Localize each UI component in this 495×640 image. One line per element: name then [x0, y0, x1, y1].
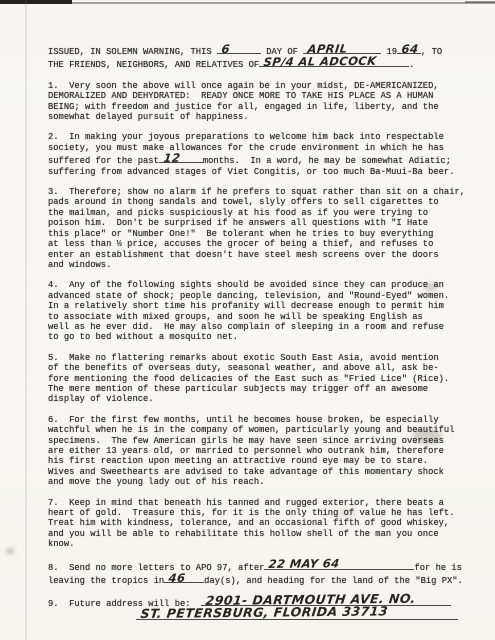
typed-text: poison him. Don't be surprised if he ans…: [48, 218, 428, 228]
document-line: THE FRIENDS, NEIGHBORS, AND RELATIVES OF…: [48, 57, 467, 70]
typed-text: heart of gold. Treasure this, for it is …: [48, 508, 454, 518]
handwritten-entry: SP/4 AL ADCOCK: [263, 56, 377, 68]
document-line: well as he ever did. He may also complai…: [48, 322, 467, 332]
typed-text: DEMORALIZED AND DEHYDRATED: READY ONCE M…: [48, 91, 433, 101]
typed-text: 8. Send no more letters to APO 97, after: [48, 563, 264, 573]
document-line: and windows.: [48, 260, 467, 270]
paragraph-5: 5. Make no flattering remarks about exot…: [48, 353, 467, 405]
document-line: ST. PETERSBURG, FLORIDA 33713: [48, 610, 467, 623]
typed-text: to associate with mixed groups, and soon…: [48, 312, 423, 322]
typed-text: are either 13 years old, or married to p…: [48, 446, 444, 456]
document-line: suffered for the past12months. In a word…: [48, 153, 467, 166]
typed-text: 2. In making your joyous preparations to…: [48, 132, 444, 142]
document-line: pads around in thong sandals and towel, …: [48, 197, 467, 207]
document-line: of the benefits of overseas duty, season…: [48, 363, 467, 373]
typed-text: society, you must make allowances for th…: [48, 143, 444, 153]
form-blank: ST. PETERSBURG, FLORIDA 33713: [136, 610, 458, 620]
typed-text: In a relatively short time his profanity…: [48, 301, 444, 311]
issue-warning-header: ISSUED, IN SOLEMN WARNING, THIS 6 DAY OF…: [48, 44, 467, 71]
typed-text: watchful when he is in the company of wo…: [48, 425, 454, 435]
document-line: the mailman, and picks suspiciously at h…: [48, 208, 467, 218]
typed-text: the mailman, and picks suspiciously at h…: [48, 208, 428, 218]
handwritten-entry: 12: [163, 153, 181, 164]
document-line: Wives and Sweethearts are advised to tak…: [48, 467, 467, 477]
typed-text: to go to bed without a mosquito net.: [48, 332, 238, 342]
typed-text: well as he ever did. He may also complai…: [48, 322, 444, 332]
form-blank: 46: [164, 573, 204, 583]
typed-text: ISSUED, IN SOLEMN WARNING, THIS: [48, 47, 217, 57]
typed-text: his first reaction upon meeting an attra…: [48, 456, 428, 466]
typed-text: somewhat delayed pursuit of happiness.: [48, 112, 249, 122]
document-line: 4. Any of the following sights should be…: [48, 280, 467, 290]
document-line: enter an establishment that doesn't have…: [48, 250, 467, 260]
document-line: Treat him with kindness, tolerance, and …: [48, 518, 467, 528]
typed-text: Wives and Sweethearts are advised to tak…: [48, 467, 444, 477]
typed-text: 6. For the first few months, until he be…: [48, 415, 439, 425]
document-line: The mere mention of these particular sub…: [48, 384, 467, 394]
typed-text: display of violence.: [48, 394, 154, 404]
typed-text: suffered for the past: [48, 156, 159, 166]
typed-text: 4. Any of the following sights should be…: [48, 280, 444, 290]
document-line: specimens. The few American girls he may…: [48, 436, 467, 446]
scan-edge-top: [0, 2, 495, 4]
typed-text: Treat him with kindness, tolerance, and …: [48, 518, 449, 528]
typed-text: for he is: [414, 563, 462, 573]
document-line: his first reaction upon meeting an attra…: [48, 456, 467, 466]
typed-text: at less than ½ price, accuses the grocer…: [48, 239, 433, 249]
handwritten-entry: 46: [168, 572, 186, 583]
form-blank: SP/4 AL ADCOCK: [259, 57, 409, 67]
typed-text: advanced state of shock; people dancing,…: [48, 291, 449, 301]
document-line: fore mentioning the food delicacies of t…: [48, 374, 467, 384]
typed-text: 3. Therefore; show no alarm if he prefer…: [48, 187, 465, 197]
form-blank: 22 MAY 64: [264, 560, 414, 570]
document-line: and you will be able to rehabilitate thi…: [48, 529, 467, 539]
typed-text: and windows.: [48, 260, 111, 270]
document-content: ISSUED, IN SOLEMN WARNING, THIS 6 DAY OF…: [48, 44, 467, 633]
paragraph-3: 3. Therefore; show no alarm if he prefer…: [48, 187, 467, 270]
form-blank: APRIL: [303, 44, 381, 54]
document-line: 3. Therefore; show no alarm if he prefer…: [48, 187, 467, 197]
typed-text: .: [409, 60, 414, 70]
handwritten-entry: 6: [221, 44, 231, 54]
typed-text: 19: [381, 47, 397, 57]
paper-fold-line: [25, 0, 27, 640]
handwritten-entry: APRIL: [307, 43, 348, 54]
document-line: 1. Very soon the above will once again b…: [48, 81, 467, 91]
paragraph-2: 2. In making your joyous preparations to…: [48, 132, 467, 177]
typed-text: months. In a word, he may be somewhat Ad…: [203, 156, 451, 166]
typed-text: and move the young lady out of his reach…: [48, 477, 264, 487]
typed-text: this place" or "Number One!" Be tolerant…: [48, 229, 433, 239]
typed-text: fore mentioning the food delicacies of t…: [48, 374, 449, 384]
paragraph-7: 7. Keep in mind that beneath his tanned …: [48, 498, 467, 550]
document-line: at less than ½ price, accuses the grocer…: [48, 239, 467, 249]
paragraph-9: 9. Future address will be: 2901- DARTMOU…: [48, 596, 467, 623]
typed-text: 5. Make no flattering remarks about exot…: [48, 353, 439, 363]
scan-smudge: [6, 548, 14, 554]
paragraph-8: 8. Send no more letters to APO 97, after…: [48, 560, 467, 587]
document-line: ISSUED, IN SOLEMN WARNING, THIS 6 DAY OF…: [48, 44, 467, 57]
document-line: to go to bed without a mosquito net.: [48, 332, 467, 342]
document-line: to associate with mixed groups, and soon…: [48, 312, 467, 322]
typed-text: BEING; with freedom and justice for all,…: [48, 102, 439, 112]
form-blank: 6: [217, 44, 261, 54]
typed-text: The mere mention of these particular sub…: [48, 384, 428, 394]
handwritten-entry: ST. PETERSBURG, FLORIDA 33713: [140, 607, 388, 620]
typed-text: day(s), and heading for the land of the …: [204, 576, 463, 586]
document-page: ISSUED, IN SOLEMN WARNING, THIS 6 DAY OF…: [0, 0, 495, 640]
document-line: know.: [48, 539, 467, 549]
handwritten-entry: 64: [401, 43, 419, 54]
document-line: 8. Send no more letters to APO 97, after…: [48, 560, 467, 573]
paragraph-1: 1. Very soon the above will once again b…: [48, 81, 467, 123]
document-line: are either 13 years old, or married to p…: [48, 446, 467, 456]
typed-text: of the benefits of overseas duty, season…: [48, 363, 439, 373]
typed-text: 7. Keep in mind that beneath his tanned …: [48, 498, 444, 508]
document-line: 6. For the first few months, until he be…: [48, 415, 467, 425]
typed-text: leaving the tropics in: [48, 576, 164, 586]
document-line: heart of gold. Treasure this, for it is …: [48, 508, 467, 518]
typed-text: , TO: [421, 47, 442, 57]
document-line: society, you must make allowances for th…: [48, 143, 467, 153]
form-blank: 64: [397, 44, 421, 54]
document-line: suffering from advanced stages of Viet C…: [48, 167, 467, 177]
typed-text: enter an establishment that doesn't have…: [48, 250, 439, 260]
document-line: poison him. Don't be surprised if he ans…: [48, 218, 467, 228]
typed-text: 1. Very soon the above will once again b…: [48, 81, 439, 91]
document-line: In a relatively short time his profanity…: [48, 301, 467, 311]
paragraph-4: 4. Any of the following sights should be…: [48, 280, 467, 342]
document-line: BEING; with freedom and justice for all,…: [48, 102, 467, 112]
typed-text: specimens. The few American girls he may…: [48, 436, 444, 446]
paragraph-6: 6. For the first few months, until he be…: [48, 415, 467, 488]
document-line: advanced state of shock; people dancing,…: [48, 291, 467, 301]
document-line: and move the young lady out of his reach…: [48, 477, 467, 487]
typed-text: THE FRIENDS, NEIGHBORS, AND RELATIVES OF: [48, 60, 259, 70]
handwritten-entry: 22 MAY 64: [268, 559, 340, 570]
scan-edge-top-right: [465, 1, 495, 3]
document-line: watchful when he is in the company of wo…: [48, 425, 467, 435]
document-line: DEMORALIZED AND DEHYDRATED: READY ONCE M…: [48, 91, 467, 101]
form-blank: 12: [159, 153, 203, 163]
document-line: leaving the tropics in46day(s), and head…: [48, 573, 467, 586]
document-line: 7. Keep in mind that beneath his tanned …: [48, 498, 467, 508]
document-line: this place" or "Number One!" Be tolerant…: [48, 229, 467, 239]
scan-edge-top-left: [0, 0, 72, 4]
typed-text: pads around in thong sandals and towel, …: [48, 197, 439, 207]
document-line: 5. Make no flattering remarks about exot…: [48, 353, 467, 363]
document-line: somewhat delayed pursuit of happiness.: [48, 112, 467, 122]
typed-text: know.: [48, 539, 74, 549]
document-line: display of violence.: [48, 394, 467, 404]
typed-text: and you will be able to rehabilitate thi…: [48, 529, 439, 539]
typed-text: suffering from advanced stages of Viet C…: [48, 167, 454, 177]
document-line: 2. In making your joyous preparations to…: [48, 132, 467, 142]
